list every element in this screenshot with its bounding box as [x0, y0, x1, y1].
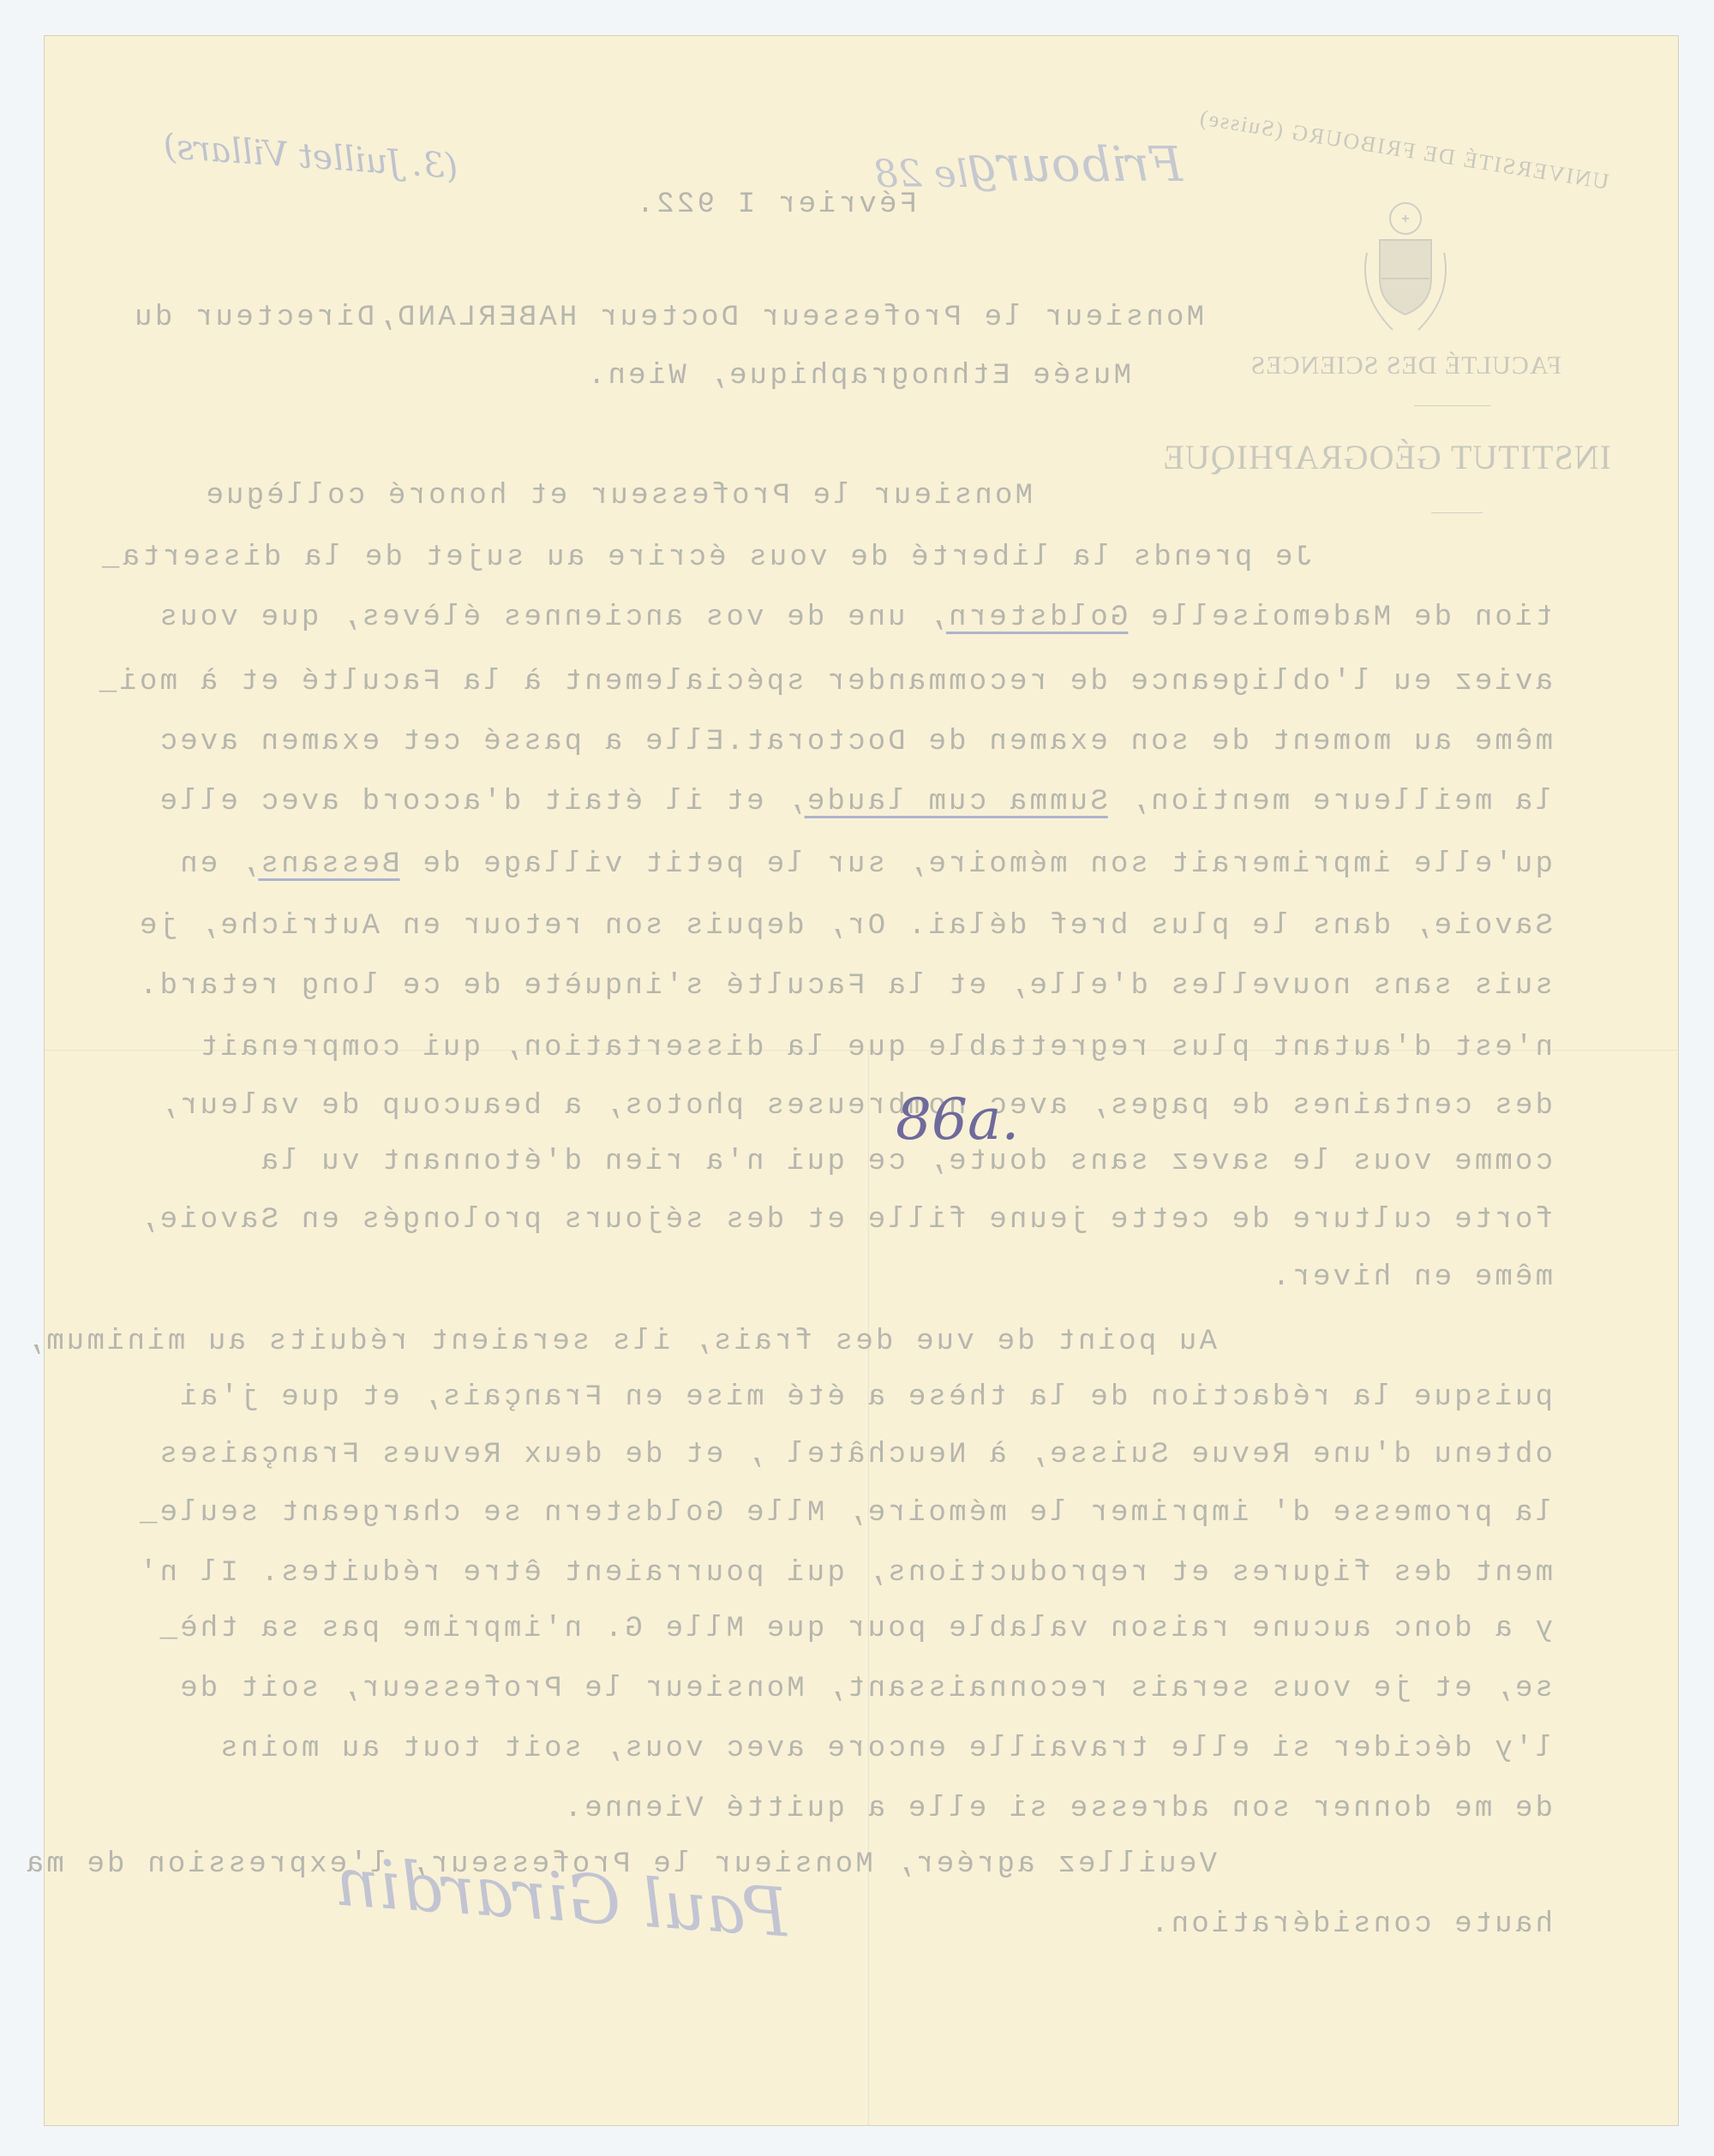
- recipient-line-1: Monsieur le Professeur Docteur HABERLAND…: [132, 302, 1204, 334]
- body-line: ment des figures et reproductions, qui p…: [137, 1557, 1553, 1590]
- body-line: aviez eu l'obligeance de recommander spé…: [97, 666, 1553, 698]
- body-line: de me donner son adresse si elle a quitt…: [561, 1793, 1553, 1825]
- body-line: Savoie, dans le plus bref délai. Or, dep…: [137, 910, 1553, 943]
- handwritten-place: Fribourg: [967, 137, 1183, 193]
- letterhead-faculty: FACULTÉ DES SCIENCES: [1250, 351, 1561, 380]
- body-line: même en hiver.: [1270, 1261, 1553, 1294]
- body-line: Je prends la liberté de vous écrire au s…: [99, 542, 1313, 574]
- body-line: tion de Mademoiselle Goldstern, une de v…: [157, 602, 1553, 634]
- archive-number: 86a.: [896, 1087, 1019, 1153]
- body-line: forte culture de cette jeune fille et de…: [137, 1204, 1553, 1237]
- salutation: Monsieur le Professeur et honoré collègu…: [203, 480, 1033, 512]
- body-line: n'est d'autant plus regrettable que la d…: [198, 1032, 1553, 1064]
- mirrored-letter-view: UNIVERSITÉ DE FRIBOURG (Suisse) FACULTÉ …: [0, 0, 1714, 2156]
- letterhead-divider-2: [1431, 512, 1483, 513]
- body-line: Au point de vue des frais, ils seraient …: [23, 1326, 1217, 1358]
- body-line: se, et je vous serais reconnaissant, Mon…: [177, 1673, 1553, 1705]
- body-line: puisque la rédaction de la thèse a été m…: [177, 1381, 1553, 1414]
- closing-line: haute considération.: [1148, 1908, 1553, 1941]
- letterhead-institute: INSTITUT GÉOGRAPHIQUE: [1162, 437, 1611, 477]
- letterhead-divider: [1414, 405, 1491, 406]
- body-line: la meilleure mention, Summa cum laude, e…: [157, 786, 1553, 818]
- university-crest-icon: [1345, 193, 1465, 338]
- recipient-line-2: Musée Ethnographique, Wien.: [585, 360, 1131, 392]
- body-line: l'y décider si elle travaille encore ave…: [218, 1733, 1553, 1765]
- body-line: qu'elle imprimerait son mémoire, sur le …: [177, 848, 1553, 881]
- body-line: obtenu d'une Revue Suisse, à Neuchâtel ,…: [157, 1439, 1553, 1471]
- body-line: des centaines de pages, avec nombreuses …: [157, 1090, 1553, 1123]
- typed-date: Février I 922.: [634, 189, 917, 221]
- body-line: même au moment de son examen de Doctorat…: [157, 726, 1553, 758]
- body-line: y a donc aucune raison valable pour que …: [157, 1613, 1553, 1645]
- body-line: suis sans nouvelles d'elle, et la Facult…: [137, 970, 1553, 1003]
- body-line: la promesse d' imprimer le mémoire, Mlle…: [137, 1497, 1553, 1530]
